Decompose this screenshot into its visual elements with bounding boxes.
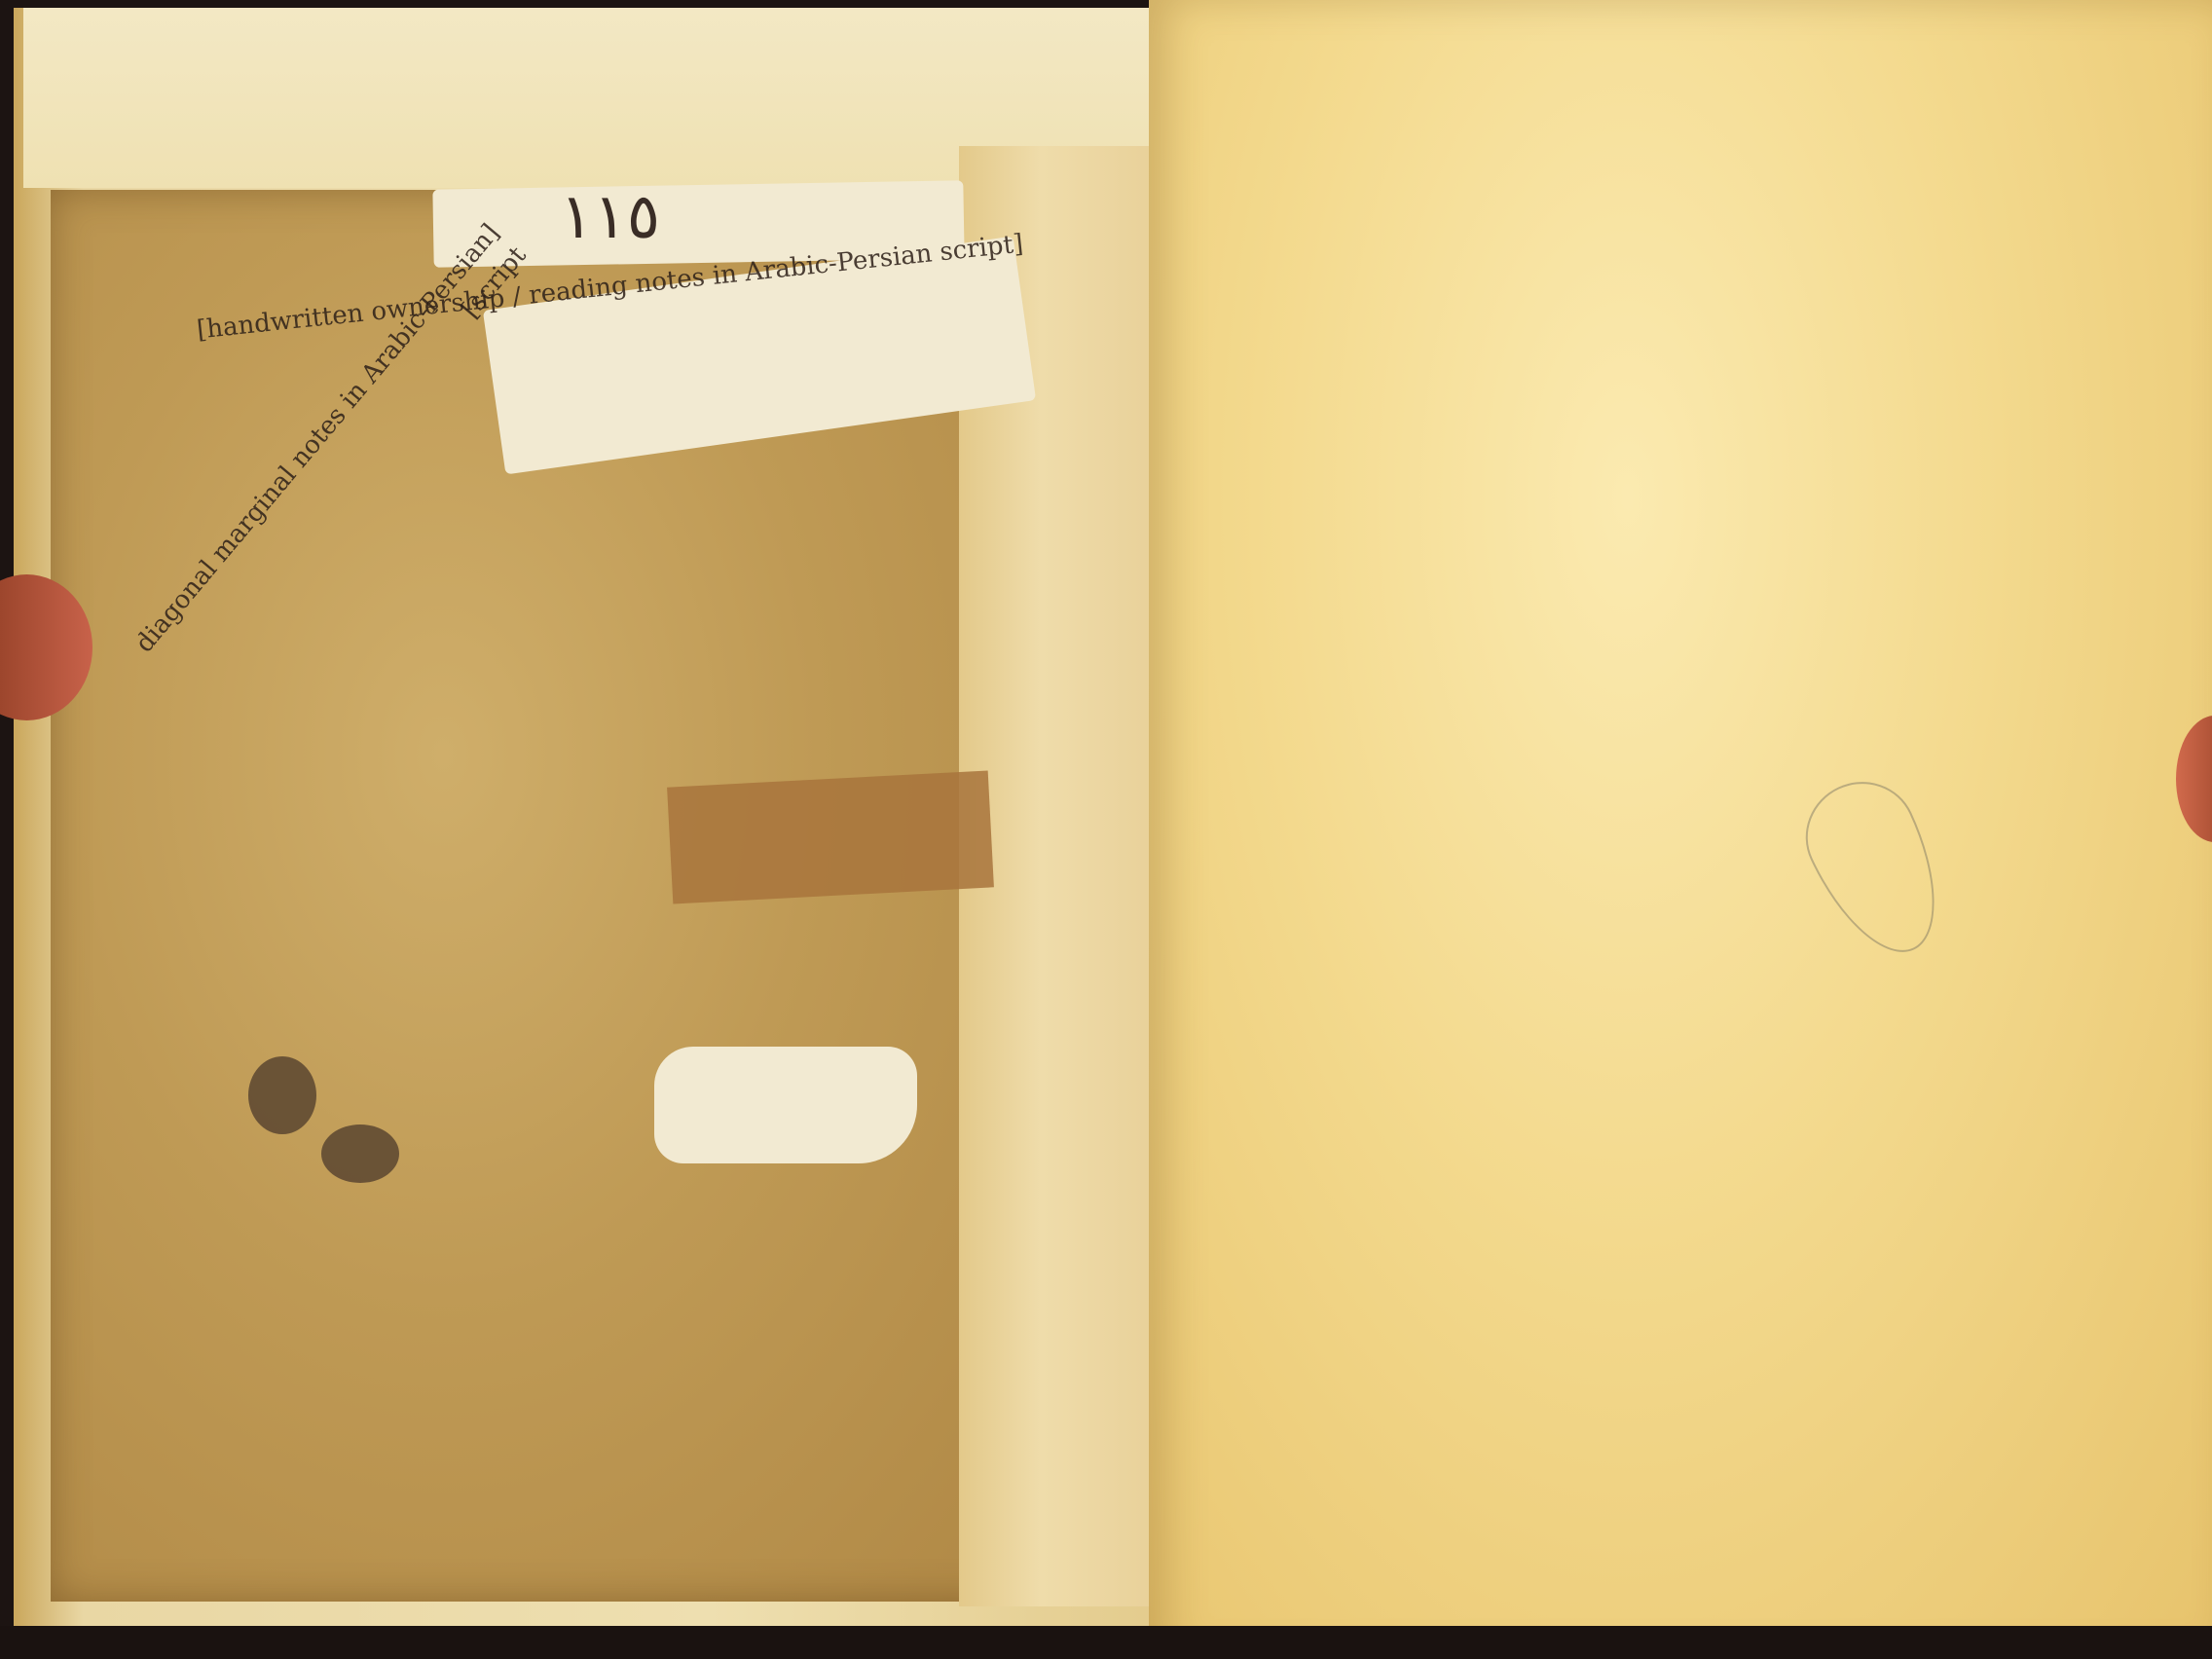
ink-stain (248, 1056, 316, 1134)
folio-number: ١١٥ (560, 181, 660, 253)
repair-patch-middle (654, 1047, 917, 1163)
pasted-inscription-strip (667, 770, 994, 903)
table-edge (0, 1626, 2212, 1659)
ink-stain (321, 1124, 399, 1183)
right-flyleaf (1149, 0, 2212, 1659)
